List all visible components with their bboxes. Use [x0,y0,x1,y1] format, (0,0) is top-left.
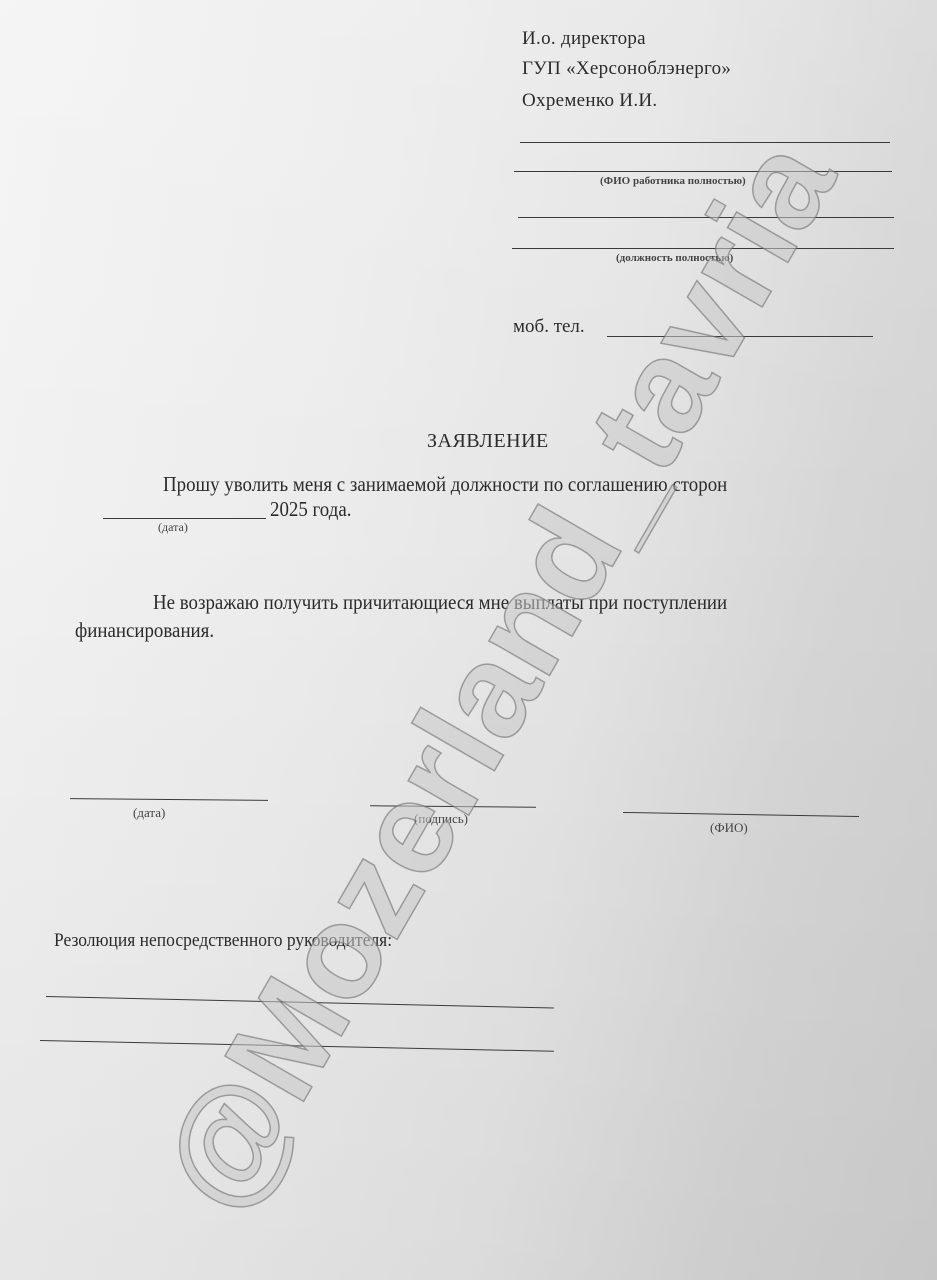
sign-date-caption: (дата) [133,805,165,821]
position-line-1[interactable] [518,217,894,218]
phone-line[interactable] [607,336,873,337]
sign-name-caption: (ФИО) [710,820,748,836]
employee-name-line-2[interactable] [514,171,892,172]
dismissal-date-line[interactable] [103,518,266,519]
sign-date-line[interactable] [70,798,268,801]
position-caption: (должность полностью) [616,252,733,264]
dismissal-date-caption: (дата) [158,520,188,535]
watermark-text: @Mozerland_tavria [130,115,864,1236]
consent-text-line-1: Не возражаю получить причитающиеся мне в… [153,590,727,615]
resolution-line-2[interactable] [40,1040,554,1052]
employee-name-line-1[interactable] [520,142,890,143]
signature-caption: (подпись) [414,811,468,827]
document-title: ЗАЯВЛЕНИЕ [427,430,549,453]
request-text-line-1: Прошу уволить меня с занимаемой должност… [163,472,727,497]
resolution-label: Резолюция непосредственного руководителя… [54,930,392,952]
addressee-name: Охременко И.И. [522,90,657,112]
addressee-organization: ГУП «Херсоноблэнерго» [522,58,731,80]
addressee-title: И.о. директора [522,28,646,50]
sign-name-line[interactable] [623,812,859,817]
position-line-2[interactable] [512,248,894,249]
consent-text-line-2: финансирования. [75,618,214,643]
phone-label: моб. тел. [513,316,585,338]
signature-line[interactable] [370,805,536,807]
request-text-line-2: 2025 года. [270,497,351,522]
employee-name-caption: (ФИО работника полностью) [600,175,746,187]
resolution-line-1[interactable] [46,996,554,1009]
